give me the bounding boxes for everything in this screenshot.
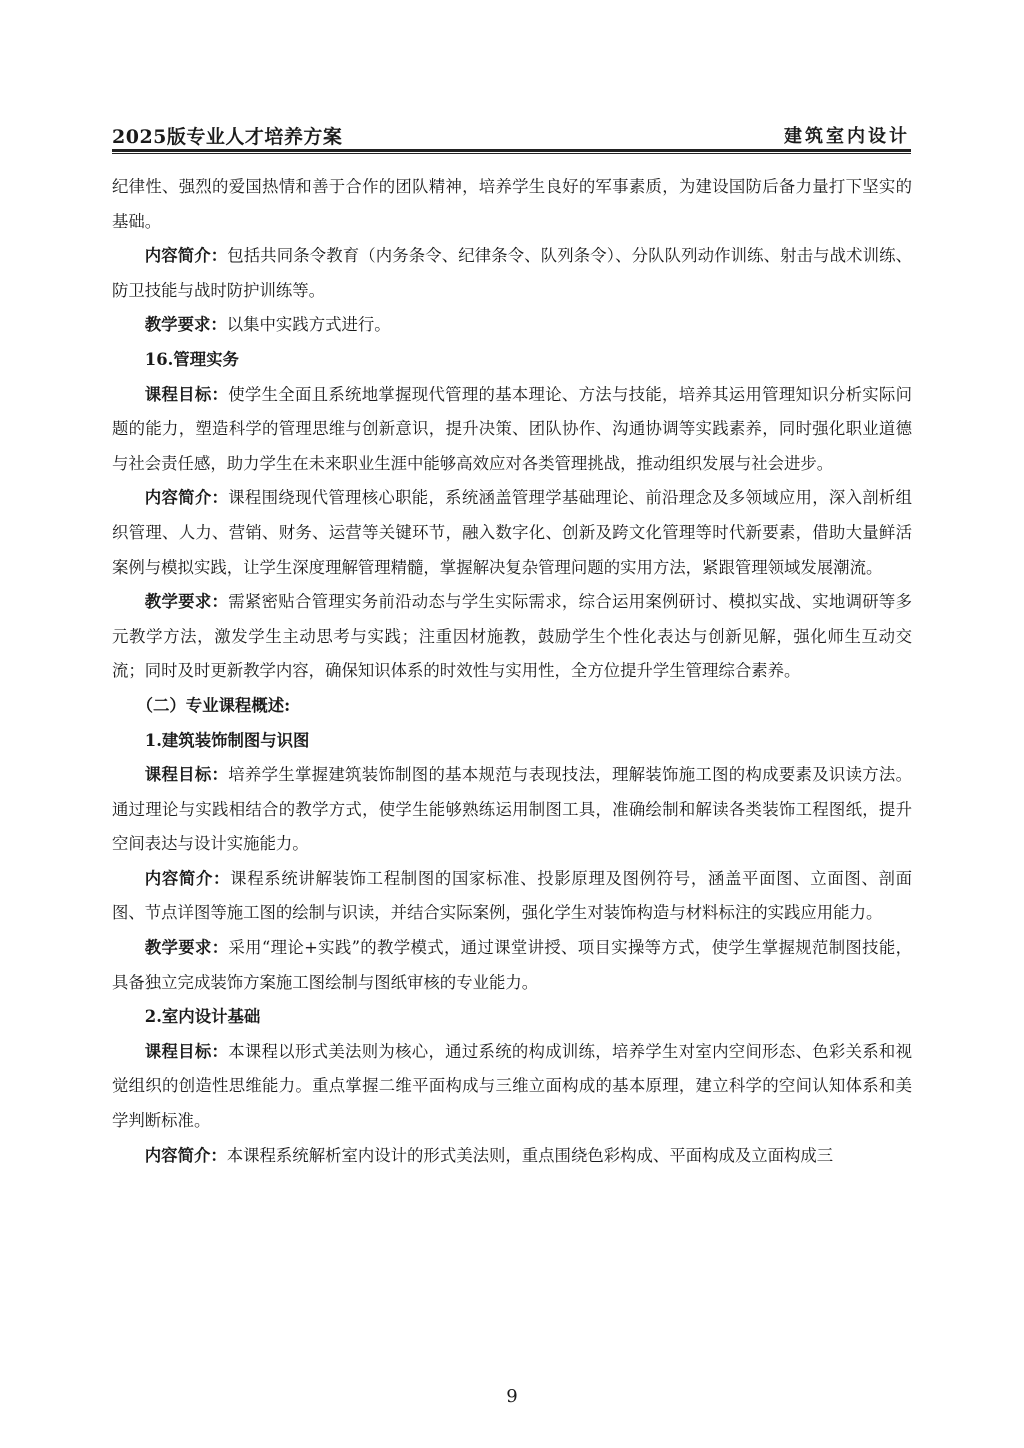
paragraph-text: 课程围绕现代管理核心职能，系统涵盖管理学基础理论、前沿理念及多领域应用，深入剖析…	[112, 488, 912, 576]
program-name: 建筑室内设计	[784, 122, 910, 148]
paragraph-text: 培养学生掌握建筑装饰制图的基本规范与表现技法，理解装饰施工图的构成要素及识读方法…	[112, 765, 912, 853]
paragraph-content-summary: 内容简介：课程系统讲解装饰工程制图的国家标准、投影原理及图例符号，涵盖平面图、立…	[112, 862, 912, 931]
paragraph-label: 教学要求：	[145, 315, 227, 334]
paragraph-course-objective: 课程目标：使学生全面且系统地掌握现代管理的基本理论、方法与技能，培养其运用管理知…	[112, 378, 912, 482]
header-rule-thick	[112, 149, 911, 152]
header-rule-thin	[112, 153, 911, 154]
paragraph-content-summary: 内容简介：包括共同条令教育（内务条令、纪律条令、队列条令）、分队队列动作训练、射…	[112, 239, 912, 308]
paragraph-label: 内容简介：	[145, 488, 228, 507]
paragraph-content-summary: 内容简介：本课程系统解析室内设计的形式美法则，重点围绕色彩构成、平面构成及立面构…	[112, 1139, 912, 1174]
paragraph-continued: 纪律性、强烈的爱国热情和善于合作的团队精神，培养学生良好的军事素质，为建设国防后…	[112, 170, 912, 239]
paragraph-course-objective: 课程目标：本课程以形式美法则为核心，通过系统的构成训练，培养学生对室内空间形态、…	[112, 1035, 912, 1139]
paragraph-label: 课程目标：	[145, 765, 228, 784]
paragraph-content-summary: 内容简介：课程围绕现代管理核心职能，系统涵盖管理学基础理论、前沿理念及多领域应用…	[112, 481, 912, 585]
paragraph-teaching-requirements: 教学要求：以集中实践方式进行。	[112, 308, 912, 343]
paragraph-text: 使学生全面且系统地掌握现代管理的基本理论、方法与技能，培养其运用管理知识分析实际…	[112, 385, 912, 473]
paragraph-text: 需紧密贴合管理实务前沿动态与学生实际需求，综合运用案例研讨、模拟实战、实地调研等…	[112, 592, 912, 680]
paragraph-text: 包括共同条令教育（内务条令、纪律条令、队列条令）、分队队列动作训练、射击与战术训…	[112, 246, 912, 300]
page-header: 2025版专业人才培养方案 建筑室内设计	[112, 122, 910, 148]
paragraph-teaching-requirements: 教学要求：需紧密贴合管理实务前沿动态与学生实际需求，综合运用案例研讨、模拟实战、…	[112, 585, 912, 689]
paragraph-text: 本课程系统解析室内设计的形式美法则，重点围绕色彩构成、平面构成及立面构成三	[227, 1146, 833, 1165]
paragraph-text: 本课程以形式美法则为核心，通过系统的构成训练，培养学生对室内空间形态、色彩关系和…	[112, 1042, 912, 1130]
paragraph-label: 教学要求：	[145, 938, 229, 957]
course-heading-drawing: 1.建筑装饰制图与识图	[112, 724, 912, 759]
header-divider	[112, 149, 911, 155]
paragraph-label: 教学要求：	[145, 592, 228, 611]
paragraph-text: 纪律性、强烈的爱国热情和善于合作的团队精神，培养学生良好的军事素质，为建设国防后…	[112, 177, 912, 231]
paragraph-label: 内容简介：	[145, 1146, 227, 1165]
course-heading-interior-design-basics: 2.室内设计基础	[112, 1000, 912, 1035]
paragraph-teaching-requirements: 教学要求：采用“理论+实践”的教学模式，通过课堂讲授、项目实操等方式，使学生掌握…	[112, 931, 912, 1000]
paragraph-label: 课程目标：	[145, 1042, 228, 1061]
paragraph-label: 内容简介：	[145, 246, 228, 265]
paragraph-label: 课程目标：	[145, 385, 228, 404]
page-body: 纪律性、强烈的爱国热情和善于合作的团队精神，培养学生良好的军事素质，为建设国防后…	[112, 170, 912, 1173]
paragraph-text: 以集中实践方式进行。	[227, 315, 391, 334]
course-heading-management-practice: 16.管理实务	[112, 343, 912, 378]
section-heading-professional-courses: （二）专业课程概述:	[112, 689, 912, 724]
paragraph-text: 课程系统讲解装饰工程制图的国家标准、投影原理及图例符号，涵盖平面图、立面图、剖面…	[112, 869, 912, 923]
document-title: 2025版专业人才培养方案	[112, 122, 342, 149]
page-number: 9	[0, 1386, 1024, 1407]
paragraph-label: 内容简介：	[145, 869, 230, 888]
paragraph-text: 采用“理论+实践”的教学模式，通过课堂讲授、项目实操等方式，使学生掌握规范制图技…	[112, 938, 912, 992]
paragraph-course-objective: 课程目标：培养学生掌握建筑装饰制图的基本规范与表现技法，理解装饰施工图的构成要素…	[112, 758, 912, 862]
